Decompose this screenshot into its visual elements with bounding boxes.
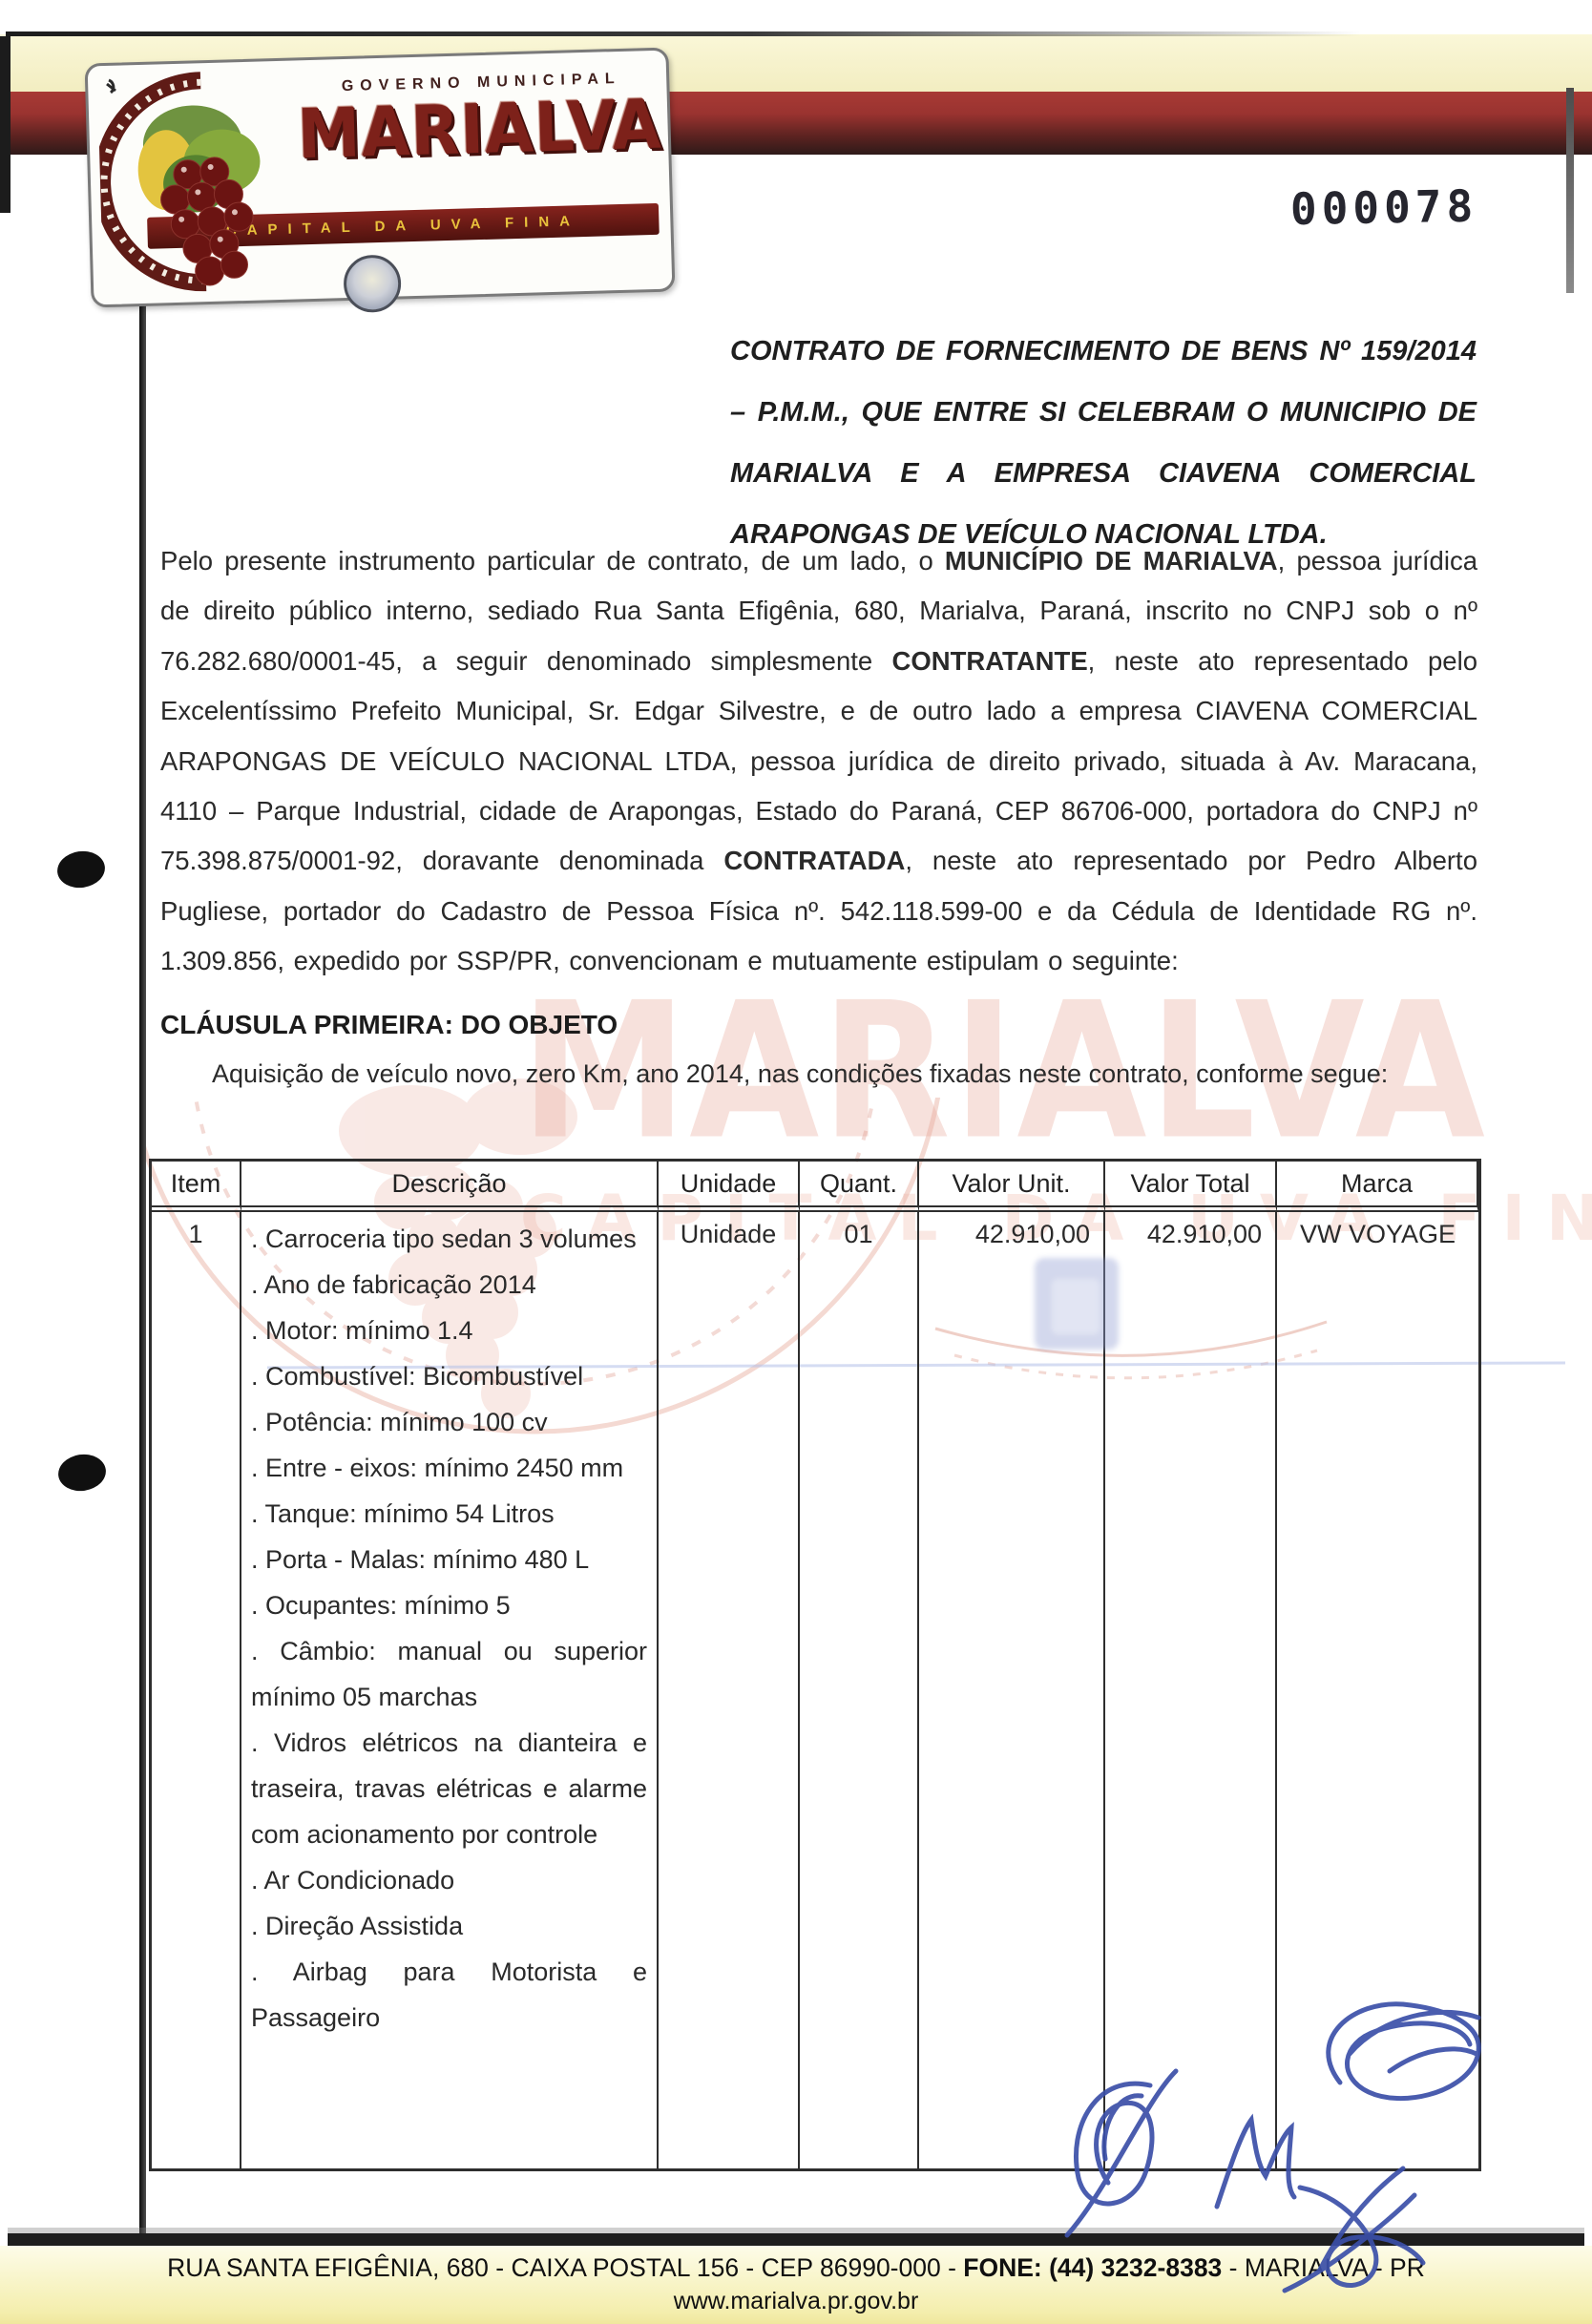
descricao-spec-line: . Tanque: mínimo 54 Litros	[251, 1491, 647, 1537]
descricao-spec-line: . Ocupantes: mínimo 5	[251, 1582, 647, 1628]
cell-valor-unit: 42.910,00	[919, 1212, 1105, 2168]
scan-left-edge	[0, 36, 10, 213]
descricao-spec-line: . Vidros elétricos na dianteira e trasei…	[251, 1720, 647, 1857]
scan-right-edge	[1566, 88, 1574, 293]
scan-top-edge	[6, 31, 1361, 36]
scanned-contract-page: MARIALVA CAPITAL DA UVA FINA	[0, 0, 1592, 2324]
descricao-spec-line: . Motor: mínimo 1.4	[251, 1308, 647, 1353]
descricao-spec-line: . Câmbio: manual ou superior mínimo 05 m…	[251, 1628, 647, 1720]
col-header-quant: Quant.	[800, 1162, 919, 1212]
descricao-spec-line: . Ano de fabricação 2014	[251, 1262, 647, 1308]
descricao-spec-line: . Ar Condicionado	[251, 1857, 647, 1903]
cell-unidade: Unidade	[659, 1212, 800, 2168]
clause-body: Aquisição de veículo novo, zero Km, ano …	[212, 1059, 1477, 1089]
intro-text-segment: , neste ato representado pelo Excelentís…	[160, 646, 1477, 876]
col-header-valor-unit: Valor Unit.	[919, 1162, 1105, 1212]
descricao-spec-line: . Airbag para Motorista e Passageiro	[251, 1949, 647, 2041]
intro-bold-segment: CONTRATADA	[723, 846, 905, 875]
intro-bold-segment: MUNICÍPIO DE MARIALVA	[945, 546, 1278, 576]
logo-city-text: MARIALVA	[297, 85, 661, 175]
footer-address-suffix: - MARIALVA - PR	[1222, 2253, 1425, 2282]
col-header-descricao: Descrição	[241, 1162, 659, 1212]
page-frame-left-border	[139, 197, 146, 2239]
cell-marca: VW VOYAGE	[1277, 1212, 1478, 2168]
spec-table: Item Descrição Unidade Quant. Valor Unit…	[149, 1159, 1481, 2171]
cell-descricao: . Carroceria tipo sedan 3 volumes. Ano d…	[241, 1212, 659, 2168]
clause-heading: CLÁUSULA PRIMEIRA: DO OBJETO	[160, 1010, 618, 1040]
descricao-spec-line: . Potência: mínimo 100 cv	[251, 1399, 647, 1445]
cell-item: 1	[152, 1212, 241, 2168]
descricao-spec-line: . Carroceria tipo sedan 3 volumes	[251, 1216, 647, 1262]
cell-quant: 01	[800, 1212, 919, 2168]
descricao-spec-line: . Direção Assistida	[251, 1903, 647, 1949]
col-header-valor-total: Valor Total	[1105, 1162, 1277, 1212]
intro-bold-segment: CONTRATANTE	[891, 646, 1087, 676]
page-frame-bottom-border	[8, 2233, 1584, 2246]
footer-website: www.marialva.pr.gov.br	[0, 2288, 1592, 2315]
footer-address: RUA SANTA EFIGÊNIA, 680 - CAIXA POSTAL 1…	[0, 2253, 1592, 2283]
grapes-emblem-icon	[97, 66, 306, 301]
col-header-unidade: Unidade	[659, 1162, 800, 1212]
descricao-spec-line: . Entre - eixos: mínimo 2450 mm	[251, 1445, 647, 1491]
intro-paragraph: Pelo presente instrumento particular de …	[160, 536, 1477, 987]
col-header-item: Item	[152, 1162, 241, 1212]
descricao-spec-line: . Porta - Malas: mínimo 480 L	[251, 1537, 647, 1582]
hole-punch-bottom	[56, 1452, 109, 1495]
municipal-logo-plate: GOVERNO MUNICIPAL MARIALVA CAPITAL DA UV…	[85, 48, 676, 308]
intro-text-segment: Pelo presente instrumento particular de …	[160, 546, 945, 576]
col-header-marca: Marca	[1277, 1162, 1478, 1212]
logo-seal-icon	[343, 254, 402, 313]
footer-address-prefix: RUA SANTA EFIGÊNIA, 680 - CAIXA POSTAL 1…	[167, 2253, 963, 2282]
footer-phone: FONE: (44) 3232-8383	[963, 2253, 1222, 2282]
cell-valor-total: 42.910,00	[1105, 1212, 1277, 2168]
descricao-spec-line: . Combustível: Bicombustível	[251, 1353, 647, 1399]
stamped-page-number: 000078	[1290, 179, 1520, 235]
contract-title: CONTRATO DE FORNECIMENTO DE BENS Nº 159/…	[730, 321, 1477, 565]
hole-punch-top	[55, 848, 108, 891]
